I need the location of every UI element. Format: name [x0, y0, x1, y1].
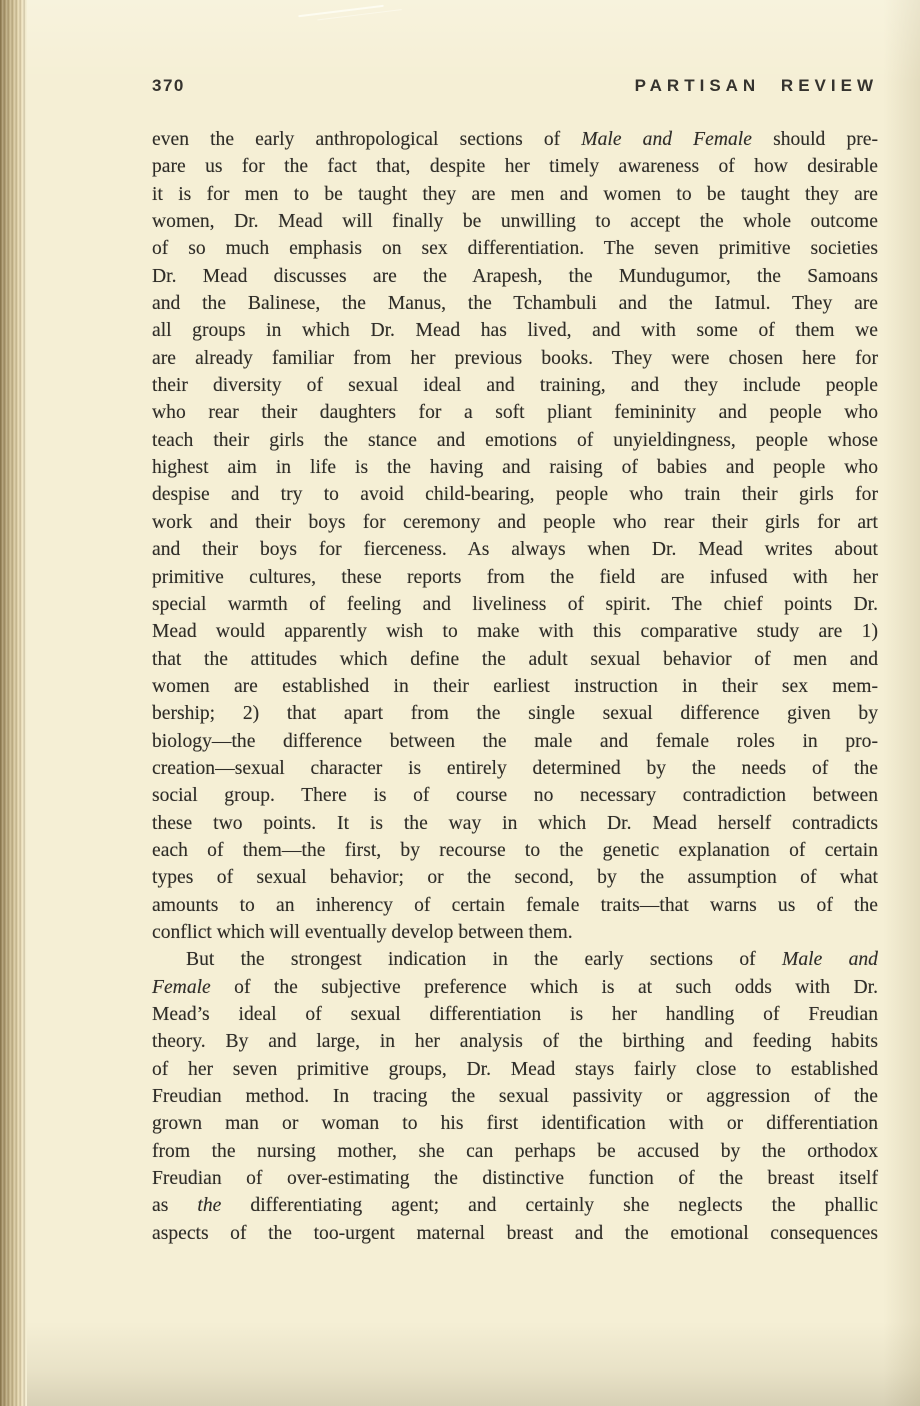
text-line: from the nursing mother, she can perhaps… — [152, 1138, 878, 1165]
text-line: aspects of the too-urgent maternal breas… — [152, 1220, 878, 1247]
text-line: and the Balinese, the Manus, the Tchambu… — [152, 290, 878, 317]
text-run: Dr. Mead discusses are the Arapesh, the … — [152, 266, 878, 287]
italic-text: the — [197, 1195, 221, 1216]
text-run: Freudian method. In tracing the sexual p… — [152, 1086, 878, 1107]
text-run: Freudian of over-estimating the distinct… — [152, 1168, 878, 1189]
text-run: that the attitudes which define the adul… — [152, 649, 878, 670]
text-line: as the differentiating agent; and certai… — [152, 1192, 878, 1219]
text-line: types of sexual behavior; or the second,… — [152, 864, 878, 891]
text-run: of so much emphasis on sex differentiati… — [152, 238, 878, 259]
journal-title: PARTISAN REVIEW — [635, 76, 878, 96]
text-block: even the early anthropological sections … — [152, 126, 878, 1247]
text-line: Dr. Mead discusses are the Arapesh, the … — [152, 263, 878, 290]
scan-scratch-mark — [298, 5, 384, 17]
text-line: it is for men to be taught they are men … — [152, 181, 878, 208]
text-line: women are established in their earliest … — [152, 673, 878, 700]
text-run: bership; 2) that apart from the single s… — [152, 703, 878, 724]
text-run: pare us for the fact that, despite her t… — [152, 156, 878, 177]
text-run: from the nursing mother, she can perhaps… — [152, 1141, 878, 1162]
text-line: Freudian of over-estimating the distinct… — [152, 1165, 878, 1192]
italic-text: Female — [152, 977, 211, 998]
scanned-page: 370 PARTISAN REVIEW even the early anthr… — [0, 0, 920, 1406]
text-run: aspects of the too-urgent maternal breas… — [152, 1223, 878, 1244]
text-line: social group. There is of course no nece… — [152, 782, 878, 809]
text-run: But the strongest indication in the earl… — [186, 949, 782, 970]
text-run: work and their boys for ceremony and peo… — [152, 512, 878, 533]
text-line: highest aim in life is the having and ra… — [152, 454, 878, 481]
text-run: and their boys for fierceness. As always… — [152, 539, 878, 560]
text-run: of her seven primitive groups, Dr. Mead … — [152, 1059, 878, 1080]
text-run: differentiating agent; and certainly she… — [221, 1195, 878, 1216]
page-number: 370 — [152, 76, 185, 96]
text-run: highest aim in life is the having and ra… — [152, 457, 878, 478]
text-line: special warmth of feeling and liveliness… — [152, 591, 878, 618]
text-line: theory. By and large, in her analysis of… — [152, 1028, 878, 1055]
text-line: are already familiar from her previous b… — [152, 345, 878, 372]
text-run: theory. By and large, in her analysis of… — [152, 1031, 878, 1052]
text-run: conflict which will eventually develop b… — [152, 922, 573, 943]
text-line: conflict which will eventually develop b… — [152, 919, 878, 946]
text-run: types of sexual behavior; or the second,… — [152, 867, 878, 888]
text-line: of so much emphasis on sex differentiati… — [152, 235, 878, 262]
text-line: who rear their daughters for a soft plia… — [152, 399, 878, 426]
text-line: Female of the subjective preference whic… — [152, 974, 878, 1001]
text-line: Freudian method. In tracing the sexual p… — [152, 1083, 878, 1110]
italic-text: Male and Female — [581, 129, 752, 150]
text-run: social group. There is of course no nece… — [152, 785, 878, 806]
text-line: of her seven primitive groups, Dr. Mead … — [152, 1056, 878, 1083]
text-line: Mead would apparently wish to make with … — [152, 618, 878, 645]
text-line: these two points. It is the way in which… — [152, 810, 878, 837]
text-run: it is for men to be taught they are men … — [152, 184, 878, 205]
text-run: even the early anthropological sections … — [152, 129, 581, 150]
text-line: grown man or woman to his first identifi… — [152, 1110, 878, 1137]
text-line: even the early anthropological sections … — [152, 126, 878, 153]
text-run: amounts to an inherency of certain femal… — [152, 895, 878, 916]
text-line: and their boys for fierceness. As always… — [152, 536, 878, 563]
text-line: But the strongest indication in the earl… — [152, 946, 878, 973]
text-run: of the subjective preference which is at… — [211, 977, 878, 998]
text-run: as — [152, 1195, 197, 1216]
text-line: Mead’s ideal of sexual differentiation i… — [152, 1001, 878, 1028]
text-line: amounts to an inherency of certain femal… — [152, 892, 878, 919]
text-run: women are established in their earliest … — [152, 676, 878, 697]
text-line: work and their boys for ceremony and peo… — [152, 509, 878, 536]
text-run: all groups in which Dr. Mead has lived, … — [152, 320, 878, 341]
text-run: these two points. It is the way in which… — [152, 813, 878, 834]
text-line: despise and try to avoid child-bearing, … — [152, 481, 878, 508]
text-run: each of them—the first, by recourse to t… — [152, 840, 878, 861]
page-header: 370 PARTISAN REVIEW — [152, 76, 878, 96]
italic-text: Male and — [782, 949, 878, 970]
book-binding-edge — [0, 0, 27, 1406]
text-line: all groups in which Dr. Mead has lived, … — [152, 317, 878, 344]
text-run: creation—sexual character is entirely de… — [152, 758, 878, 779]
text-line: biology—the difference between the male … — [152, 728, 878, 755]
text-line: bership; 2) that apart from the single s… — [152, 700, 878, 727]
text-line: women, Dr. Mead will finally be unwillin… — [152, 208, 878, 235]
text-run: and the Balinese, the Manus, the Tchambu… — [152, 293, 878, 314]
text-line: teach their girls the stance and emotion… — [152, 427, 878, 454]
text-run: should pre- — [752, 129, 878, 150]
text-line: creation—sexual character is entirely de… — [152, 755, 878, 782]
text-line: pare us for the fact that, despite her t… — [152, 153, 878, 180]
text-run: primitive cultures, these reports from t… — [152, 567, 878, 588]
text-run: their diversity of sexual ideal and trai… — [152, 375, 878, 396]
text-line: each of them—the first, by recourse to t… — [152, 837, 878, 864]
text-run: biology—the difference between the male … — [152, 731, 878, 752]
text-run: who rear their daughters for a soft plia… — [152, 402, 878, 423]
text-run: grown man or woman to his first identifi… — [152, 1113, 878, 1134]
text-run: women, Dr. Mead will finally be unwillin… — [152, 211, 878, 232]
text-line: that the attitudes which define the adul… — [152, 646, 878, 673]
text-run: special warmth of feeling and liveliness… — [152, 594, 878, 615]
text-run: teach their girls the stance and emotion… — [152, 430, 878, 451]
text-run: Mead would apparently wish to make with … — [152, 621, 878, 642]
text-run: despise and try to avoid child-bearing, … — [152, 484, 878, 505]
text-line: their diversity of sexual ideal and trai… — [152, 372, 878, 399]
text-run: are already familiar from her previous b… — [152, 348, 878, 369]
text-line: primitive cultures, these reports from t… — [152, 564, 878, 591]
text-run: Mead’s ideal of sexual differentiation i… — [152, 1004, 878, 1025]
